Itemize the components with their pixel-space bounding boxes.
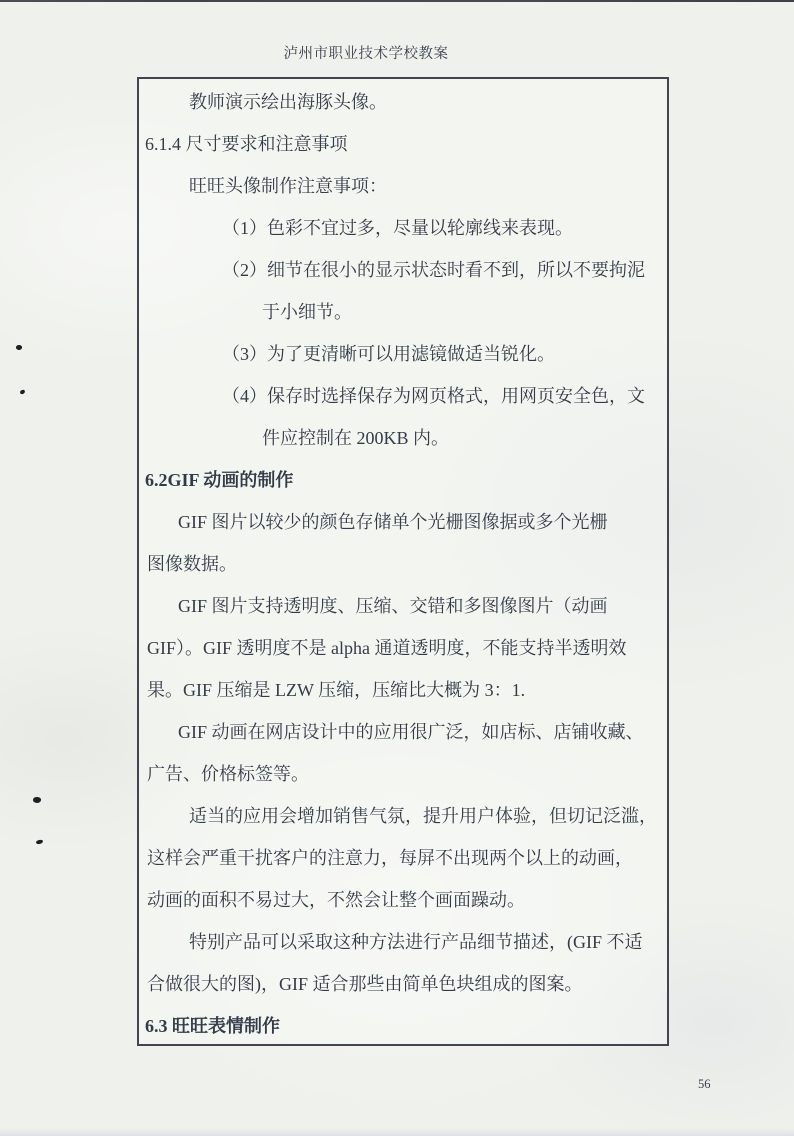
list-item-2-continuation: 于小细节。 [145, 291, 667, 333]
ink-speck [33, 796, 42, 803]
text-line: 广告、价格标签等。 [145, 753, 667, 795]
text-line: 果。GIF 压缩是 LZW 压缩，压缩比大概为 3：1. [145, 669, 667, 711]
text-line: 图像数据。 [145, 543, 667, 585]
ink-speck [16, 344, 23, 350]
text-line: 这样会严重干扰客户的注意力，每屏不出现两个以上的动画， [145, 837, 667, 879]
lesson-content-box: 教师演示绘出海豚头像。 6.1.4 尺寸要求和注意事项 旺旺头像制作注意事项： … [137, 77, 669, 1046]
list-item-2: （2）细节在很小的显示状态时看不到，所以不要拘泥 [145, 249, 667, 291]
section-heading-6-3: 6.3 旺旺表情制作 [145, 1005, 667, 1047]
page-number: 56 [698, 1077, 711, 1092]
document-page: { "colors": { "ink": "#343b48", "paper":… [0, 0, 794, 1136]
text-line: GIF 图片支持透明度、压缩、交错和多图像图片（动画 [145, 585, 667, 627]
section-heading-6-2: 6.2GIF 动画的制作 [145, 459, 667, 501]
list-item-4-continuation: 件应控制在 200KB 内。 [145, 417, 667, 459]
section-heading-6-1-4: 6.1.4 尺寸要求和注意事项 [145, 123, 667, 165]
text-line: 教师演示绘出海豚头像。 [145, 81, 667, 123]
text-line: 动画的面积不易过大，不然会让整个画面躁动。 [145, 879, 667, 921]
text-line: 适当的应用会增加销售气氛，提升用户体验，但切记泛滥， [145, 795, 667, 837]
list-item-3: （3）为了更清晰可以用滤镜做适当锐化。 [145, 333, 667, 375]
list-item-1: （1）色彩不宜过多，尽量以轮廓线来表现。 [145, 207, 667, 249]
ink-speck [36, 839, 44, 844]
list-item-4: （4）保存时选择保存为网页格式，用网页安全色，文 [145, 375, 667, 417]
text-line: GIF）。GIF 透明度不是 alpha 通道透明度，不能支持半透明效 [145, 627, 667, 669]
page-header: 泸州市职业技术学校教案 [0, 42, 763, 63]
text-line: GIF 动画在网店设计中的应用很广泛，如店标、店铺收藏、 [145, 711, 667, 753]
text-line: GIF 图片以较少的颜色存储单个光栅图像据或多个光栅 [145, 501, 667, 543]
scan-edge-artifact [0, 1128, 794, 1136]
ink-speck [20, 389, 26, 394]
text-line: 合做很大的图)，GIF 适合那些由简单色块组成的图案。 [145, 963, 667, 1005]
text-line: 特别产品可以采取这种方法进行产品细节描述，(GIF 不适 [145, 921, 667, 963]
scan-edge-artifact [0, 0, 794, 2]
text-line: 旺旺头像制作注意事项： [145, 165, 667, 207]
